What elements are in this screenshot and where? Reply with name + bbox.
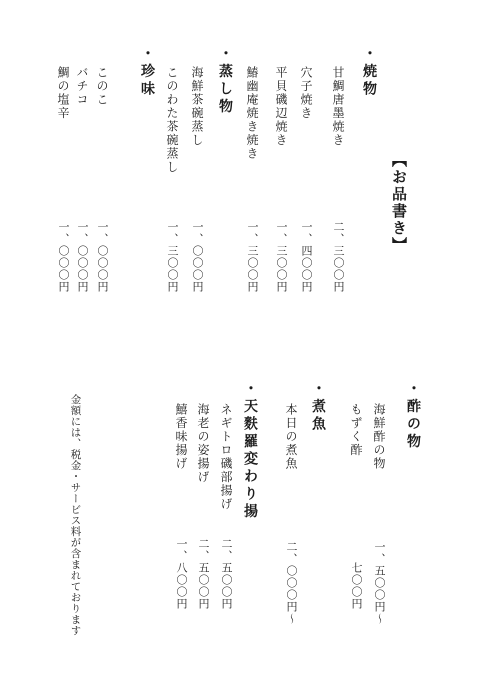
menu-item-price: 一、四〇〇円 [301, 221, 312, 293]
menu-item-name: 穴子焼き [300, 66, 312, 120]
menu-item-price: 二、三〇〇円 [333, 221, 344, 293]
menu-item-price: 一、三〇〇円 [167, 221, 178, 293]
menu-item-price: 一、〇〇〇円 [97, 221, 108, 293]
menu-item-price: 一、三〇〇円 [247, 221, 258, 293]
menu-item-price: 一、〇〇〇円 [192, 221, 203, 293]
section-header-tempura: ・天麩羅変わり揚 [243, 381, 257, 521]
menu-item-price: 二、〇〇〇円〜 [286, 541, 297, 625]
section-header-steamed: ・蒸し物 [218, 46, 232, 116]
menu-item-price: 七〇〇円 [351, 562, 362, 610]
menu-item-name: 鰆幽庵焼き焼き [246, 66, 258, 161]
menu-item-price: 一、三〇〇円 [276, 221, 287, 293]
menu-page: 【お品書き】 ・焼物 甘鯛唐墨焼き 二、三〇〇円 穴子焼き 一、四〇〇円 平貝磯… [0, 0, 495, 700]
menu-item-price: 一、〇〇〇円 [58, 221, 69, 293]
menu-item-name: 海老の姿揚げ [197, 403, 209, 484]
menu-item-price: 二、五〇〇円 [198, 538, 209, 610]
menu-item-name: 海鮮茶碗蒸し [191, 66, 203, 147]
section-header-vinegared: ・酢の物 [406, 381, 420, 451]
menu-item-name: バチコ [76, 66, 88, 107]
menu-item-name: 鱚香味揚げ [175, 403, 187, 471]
menu-item-name: もずく酢 [350, 403, 362, 457]
menu-item-price: 二、五〇〇円 [221, 538, 232, 610]
section-header-grilled: ・焼物 [362, 46, 376, 99]
menu-item-name: 鯛の塩辛 [57, 66, 69, 120]
menu-item-price: 一、五〇〇円〜 [374, 541, 385, 625]
menu-item-price: 一、〇〇〇円 [77, 221, 88, 293]
tax-service-note: 金額には、税金・サービス料が含まれております [70, 394, 81, 636]
menu-item-name: 平貝磯辺焼き [275, 66, 287, 147]
menu-item-price: 一、八〇〇円 [176, 538, 187, 610]
menu-item-name: 本日の煮魚 [285, 403, 297, 471]
section-header-simmered: ・煮魚 [311, 381, 325, 434]
page-title: 【お品書き】 [391, 152, 406, 254]
menu-item-name: 海鮮酢の物 [373, 403, 385, 471]
menu-item-name: 甘鯛唐墨焼き [332, 66, 344, 147]
menu-item-name: このわた茶碗蒸し [166, 66, 178, 174]
menu-item-name: ネギトロ磯部揚げ [220, 403, 232, 511]
section-header-delicacy: ・珍味 [140, 46, 154, 99]
menu-item-name: このこ [96, 66, 108, 107]
